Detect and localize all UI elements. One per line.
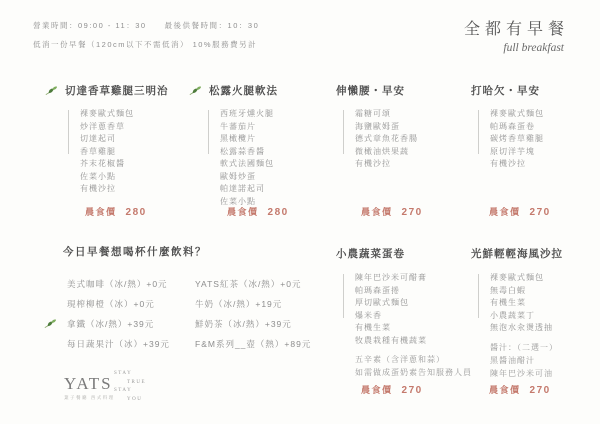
- price-value: 270: [530, 385, 551, 396]
- menu-item: 西班牙燻火腿: [220, 108, 327, 121]
- section-items: 西班牙燻火腿 牛蕃茄片 黑橄欖片 松露蒜香醬 軟式法國麵包 歐姆炒蛋 帕達諾起司…: [208, 108, 327, 208]
- leaf-icon: [44, 316, 58, 327]
- section-header: 伸懶腰・早安: [336, 83, 471, 98]
- drink-item: 鮮奶茶（冰/熱）+39元: [195, 314, 311, 334]
- price-value: 270: [530, 207, 551, 218]
- drink-item: 牛奶（冰/熱）+19元: [195, 294, 311, 314]
- menu-item: 德式章魚花香腸: [355, 133, 471, 146]
- breakfast-menu-page: 營業時間：09:00 - 11：30 最後供餐時間：10：30 低消一份早餐（1…: [0, 0, 600, 424]
- menu-item: 原切洋芋塊: [490, 146, 596, 159]
- drinks-column-right: YATS紅茶（冰/熱）+0元 牛奶（冰/熱）+19元 鮮奶茶（冰/熱）+39元 …: [195, 274, 311, 354]
- business-hours-line: 營業時間：09:00 - 11：30 最後供餐時間：10：30: [33, 16, 259, 35]
- price-label: 晨食價: [361, 207, 393, 217]
- section-header: 光鮮輕輕海風沙拉: [471, 246, 597, 261]
- section-price: 晨食價270: [361, 205, 423, 218]
- menu-item: 有機沙拉: [80, 183, 183, 196]
- section-cheddar-herb-chicken-sandwich: 切達香草雞腿三明治 裸麥歐式麵包 炒洋蔥香草 切達起司 香草雞腿 芥末花椒醬 佐…: [38, 83, 183, 218]
- logo-slogan: STAY TRUE STAY YOU: [114, 370, 146, 404]
- section-price: 晨食價280: [227, 205, 289, 218]
- section-title: 小農蔬菜蛋卷: [336, 246, 405, 261]
- menu-item: 佐菜小點: [80, 171, 183, 184]
- price-label: 晨食價: [361, 385, 393, 395]
- price-value: 280: [268, 207, 289, 218]
- price-label: 晨食價: [489, 207, 521, 217]
- logo-wordmark: YATS: [64, 374, 115, 394]
- menu-note: 陳年巴沙米可油: [490, 367, 597, 380]
- menu-note: 黑醬油醋汁: [490, 354, 597, 367]
- leaf-icon: [189, 85, 203, 96]
- drink-item: 每日蔬果汁（冰）+39元: [67, 334, 170, 354]
- drinks-heading: 今日早餐想喝杯什麼飲料？: [63, 244, 333, 259]
- section-header: 切達香草雞腿三明治: [38, 83, 183, 98]
- drink-item: 美式咖啡（冰/熱）+0元: [67, 274, 170, 294]
- section-stretch-morning: 伸懶腰・早安 霜糖可頌 海鹽歐姆蛋 德式章魚花香腸 微橄油烘果蔬 有機沙拉 晨食…: [336, 83, 471, 218]
- menu-item: 炒洋蔥香草: [80, 121, 183, 134]
- section-price: 晨食價270: [489, 205, 551, 218]
- menu-item: 小農蔬菜丁: [490, 310, 597, 323]
- section-sea-breeze-salad: 光鮮輕輕海風沙拉 裸麥歐式麵包 無毒白蝦 有機生菜 小農蔬菜丁 無泡水汆燙透抽 …: [471, 246, 597, 396]
- price-label: 晨食價: [227, 207, 259, 217]
- slogan-line: STAY: [114, 387, 146, 396]
- section-items: 裸麥歐式麵包 帕瑪森蛋卷 碳烤香草雞腿 原切洋芋塊 有機沙拉: [478, 108, 596, 171]
- section-price: 晨食價270: [489, 383, 551, 396]
- section-items: 陳年巴沙米可醋膏 帕瑪森蛋捲 厚切歐式麵包 爆米香 有機生菜 牧農栽種有機蔬菜: [343, 272, 491, 347]
- menu-item: 裸麥歐式麵包: [80, 108, 183, 121]
- menu-item: 微橄油烘果蔬: [355, 146, 471, 159]
- section-price: 晨食價270: [361, 383, 423, 396]
- menu-item: 霜糖可頌: [355, 108, 471, 121]
- yats-logo: YATS 葉子餐廳 西式料理 STAY TRUE STAY YOU: [64, 374, 115, 401]
- price-label: 晨食價: [85, 207, 117, 217]
- section-header: 小農蔬菜蛋卷: [336, 246, 491, 261]
- menu-item: 牛蕃茄片: [220, 121, 327, 134]
- section-header: 打哈欠・早安: [471, 83, 596, 98]
- price-value: 280: [126, 207, 147, 218]
- section-notes: 醬汁：（二選一） 黑醬油醋汁 陳年巴沙米可油: [478, 341, 597, 380]
- drinks-column-left: 美式咖啡（冰/熱）+0元 現榨柳橙（冰）+0元 拿鐵（冰/熱）+39元 每日蔬果…: [67, 274, 170, 354]
- menu-item: 軟式法國麵包: [220, 158, 327, 171]
- menu-item: 黑橄欖片: [220, 133, 327, 146]
- section-farm-veggie-egg-roll: 小農蔬菜蛋卷 陳年巴沙米可醋膏 帕瑪森蛋捲 厚切歐式麵包 爆米香 有機生菜 牧農…: [336, 246, 491, 396]
- section-title: 光鮮輕輕海風沙拉: [471, 246, 563, 261]
- section-items: 霜糖可頌 海鹽歐姆蛋 德式章魚花香腸 微橄油烘果蔬 有機沙拉: [343, 108, 471, 171]
- menu-item: 無毒白蝦: [490, 285, 597, 298]
- drink-item: 現榨柳橙（冰）+0元: [67, 294, 170, 314]
- drink-item: YATS紅茶（冰/熱）+0元: [195, 274, 311, 294]
- section-items: 裸麥歐式麵包 無毒白蝦 有機生菜 小農蔬菜丁 無泡水汆燙透抽: [478, 272, 597, 335]
- menu-item: 帕達諾起司: [220, 183, 327, 196]
- menu-item: 海鹽歐姆蛋: [355, 121, 471, 134]
- section-title: 切達香草雞腿三明治: [65, 83, 169, 98]
- section-title: 松露火腿軟法: [209, 83, 278, 98]
- menu-item: 有機生菜: [490, 297, 597, 310]
- slogan-line: YOU: [127, 396, 146, 405]
- drink-item: 拿鐵（冰/熱）+39元: [67, 314, 170, 334]
- section-title: 伸懶腰・早安: [336, 83, 405, 98]
- menu-item: 芥末花椒醬: [80, 158, 183, 171]
- section-truffle-ham-soft-baguette: 松露火腿軟法 西班牙燻火腿 牛蕃茄片 黑橄欖片 松露蒜香醬 軟式法國麵包 歐姆炒…: [182, 83, 327, 218]
- section-price: 晨食價280: [85, 205, 147, 218]
- section-title: 打哈欠・早安: [471, 83, 540, 98]
- menu-item: 裸麥歐式麵包: [490, 108, 596, 121]
- price-value: 270: [402, 207, 423, 218]
- price-label: 晨食價: [489, 385, 521, 395]
- menu-item: 歐姆炒蛋: [220, 171, 327, 184]
- price-value: 270: [402, 385, 423, 396]
- menu-note: 醬汁：（二選一）: [490, 341, 597, 354]
- slogan-line: STAY: [114, 370, 146, 379]
- section-header: 松露火腿軟法: [182, 83, 327, 98]
- menu-item: 香草雞腿: [80, 146, 183, 159]
- slogan-line: TRUE: [127, 379, 146, 388]
- menu-item: 帕瑪森蛋卷: [490, 121, 596, 134]
- minimum-charge-line: 低消一份早餐（120cm以下不需低消） 10%服務費另計: [33, 35, 259, 54]
- section-drinks: 今日早餐想喝杯什麼飲料？ 美式咖啡（冰/熱）+0元 現榨柳橙（冰）+0元 拿鐵（…: [38, 244, 333, 359]
- drink-item: F&M系列__壺（熱）+89元: [195, 334, 311, 354]
- menu-item: 切達起司: [80, 133, 183, 146]
- logo-tagline: 葉子餐廳 西式料理: [64, 395, 115, 401]
- menu-title-en: full breakfast: [464, 42, 564, 54]
- section-yawn-morning: 打哈欠・早安 裸麥歐式麵包 帕瑪森蛋卷 碳烤香草雞腿 原切洋芋塊 有機沙拉 晨食…: [471, 83, 596, 218]
- menu-title-zh: 全都有早餐: [464, 16, 569, 39]
- menu-title: 全都有早餐 full breakfast: [464, 16, 564, 54]
- menu-info: 營業時間：09:00 - 11：30 最後供餐時間：10：30 低消一份早餐（1…: [33, 16, 259, 54]
- menu-item: 有機沙拉: [490, 158, 596, 171]
- section-notes: 五辛素（含洋蔥和蒜） 如需做成蛋奶素告知服務人員: [343, 353, 491, 379]
- menu-item: 無泡水汆燙透抽: [490, 322, 597, 335]
- menu-item: 碳烤香草雞腿: [490, 133, 596, 146]
- leaf-icon: [45, 85, 59, 96]
- menu-item: 松露蒜香醬: [220, 146, 327, 159]
- menu-item: 有機沙拉: [355, 158, 471, 171]
- menu-item: 裸麥歐式麵包: [490, 272, 597, 285]
- section-items: 裸麥歐式麵包 炒洋蔥香草 切達起司 香草雞腿 芥末花椒醬 佐菜小點 有機沙拉: [68, 108, 183, 196]
